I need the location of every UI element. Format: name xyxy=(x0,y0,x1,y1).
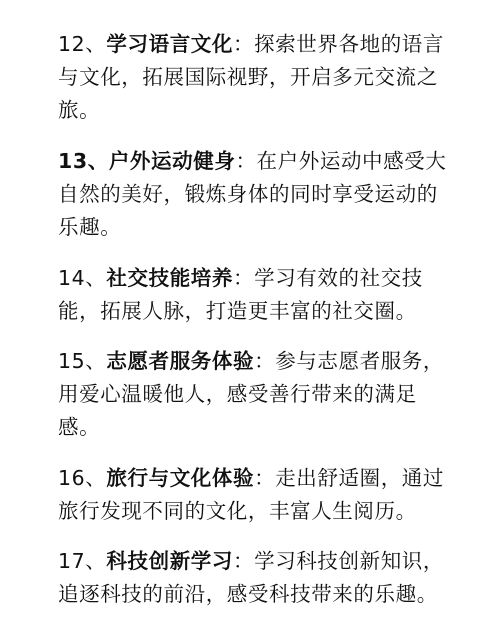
item-title: 科技创新学习 xyxy=(106,549,233,573)
item-separator: ： xyxy=(235,149,256,173)
item-title: 户外运动健身 xyxy=(109,149,236,173)
item-separator: ： xyxy=(254,349,275,373)
item-title: 志愿者服务体验 xyxy=(106,349,254,373)
item-number: 17、 xyxy=(58,549,106,573)
item-number: 12、 xyxy=(58,32,106,56)
item-number: 14、 xyxy=(58,266,106,290)
item-number: 15、 xyxy=(58,349,106,373)
list-item-12: 12、学习语言文化：探索世界各地的语言与文化，拓展国际视野，开启多元交流之旅。 xyxy=(58,28,448,127)
item-separator: ： xyxy=(233,266,254,290)
item-separator: ： xyxy=(233,549,254,573)
document-page: 12、学习语言文化：探索世界各地的语言与文化，拓展国际视野，开启多元交流之旅。 … xyxy=(0,0,500,635)
item-number: 16、 xyxy=(58,466,106,490)
list-item-13: 13、户外运动健身：在户外运动中感受大自然的美好，锻炼身体的同时享受运动的乐趣。 xyxy=(58,145,448,244)
list-item-14: 14、社交技能培养：学习有效的社交技能，拓展人脉，打造更丰富的社交圈。 xyxy=(58,262,448,328)
item-title: 学习语言文化 xyxy=(106,32,233,56)
item-separator: ： xyxy=(233,32,254,56)
list-item-15: 15、志愿者服务体验：参与志愿者服务，用爱心温暖他人，感受善行带来的满足感。 xyxy=(58,345,448,444)
item-separator: ： xyxy=(254,466,275,490)
item-title: 社交技能培养 xyxy=(106,266,233,290)
item-title: 旅行与文化体验 xyxy=(106,466,254,490)
list-item-16: 16、旅行与文化体验：走出舒适圈，通过旅行发现不同的文化，丰富人生阅历。 xyxy=(58,462,448,528)
item-number: 13、 xyxy=(58,149,109,173)
list-item-17: 17、科技创新学习：学习科技创新知识，追逐科技的前沿，感受科技带来的乐趣。 xyxy=(58,545,448,611)
